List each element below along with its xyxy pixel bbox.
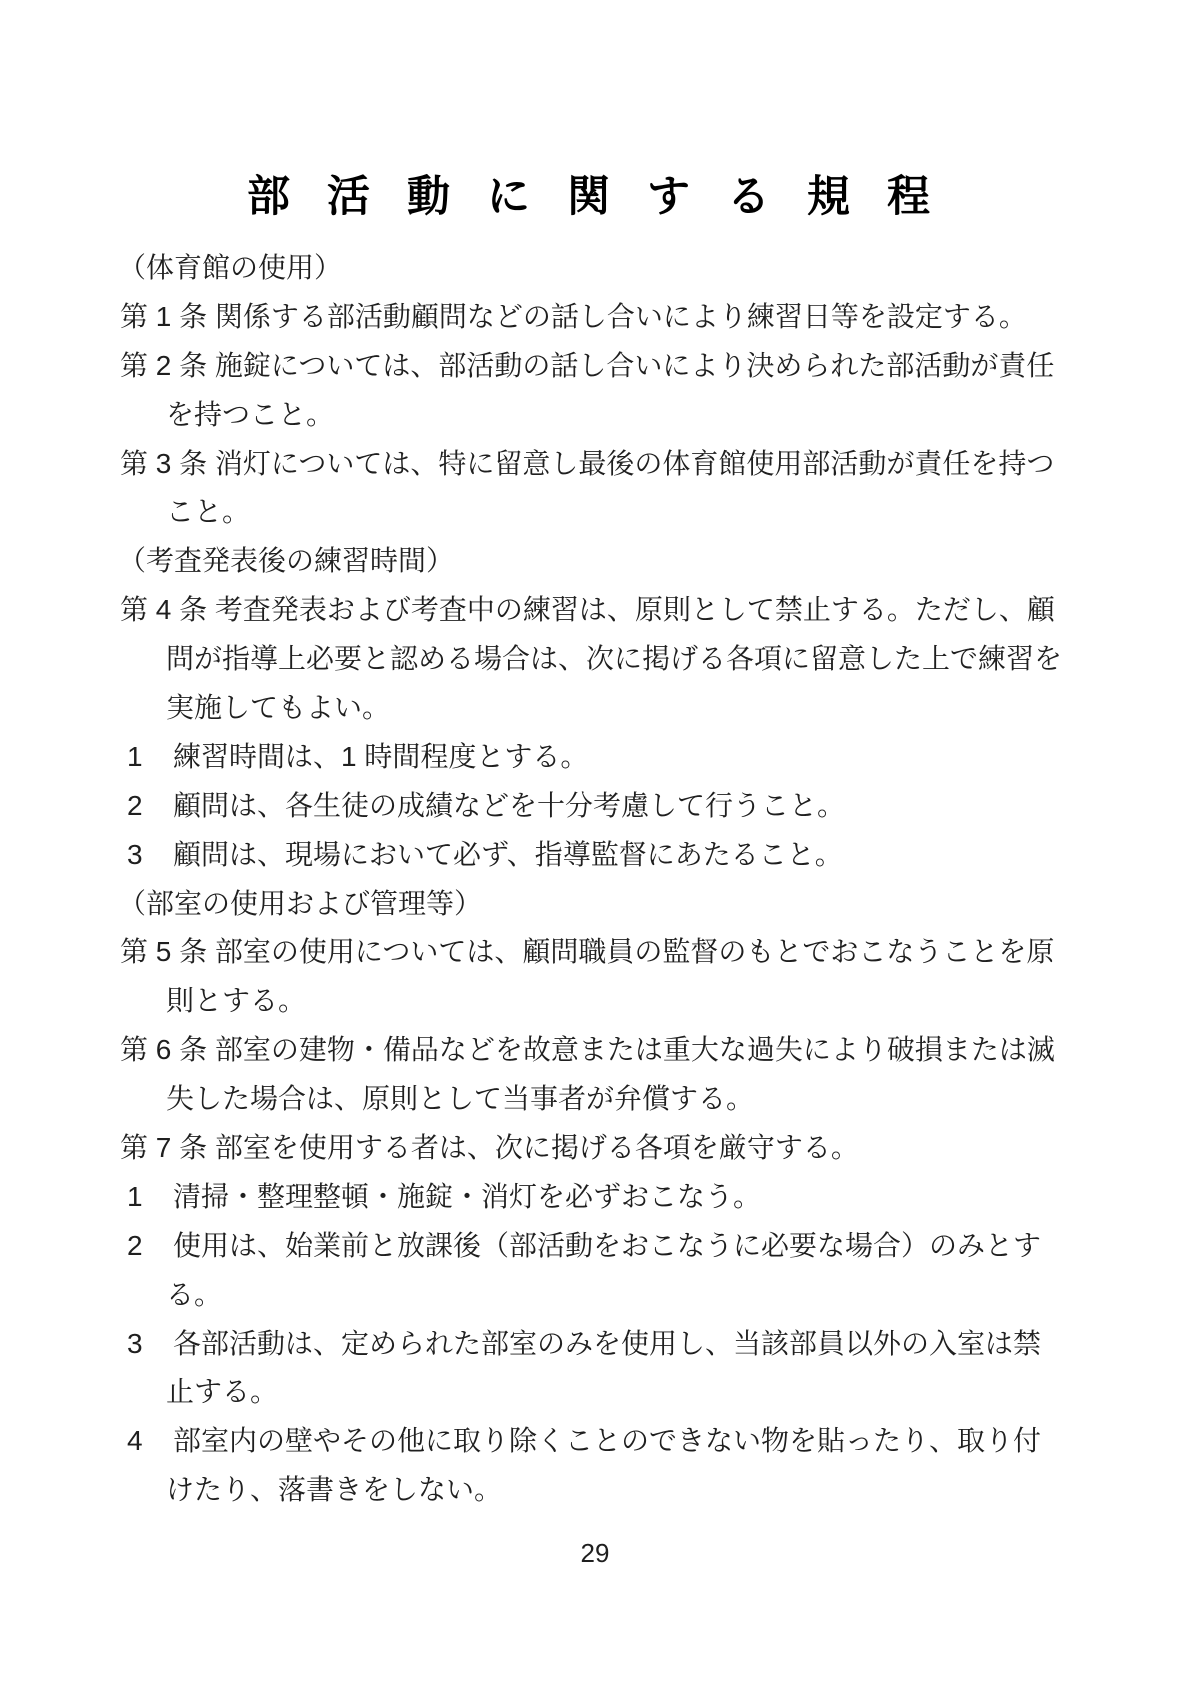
item-number: 2: [127, 782, 173, 831]
item-text: 顧問は、各生徒の成績などを十分考慮して行うこと。: [173, 790, 845, 821]
item-number: 2: [127, 1222, 173, 1271]
article-continuation: 失した場合は、原則として当事者が弁償する。: [0, 1075, 1190, 1124]
article-line: 第 4 条 考査発表および考査中の練習は、原則として禁止する。ただし、顧: [0, 586, 1190, 635]
list-item: 4部室内の壁やその他に取り除くことのできない物を貼ったり、取り付: [0, 1417, 1190, 1466]
document-body: （体育館の使用）第 1 条 関係する部活動顧問などの話し合いにより練習日等を設定…: [0, 244, 1190, 1515]
article-line: 第 7 条 部室を使用する者は、次に掲げる各項を厳守する。: [0, 1124, 1190, 1173]
list-item: 3顧問は、現場において必ず、指導監督にあたること。: [0, 831, 1190, 880]
section-heading: （考査発表後の練習時間）: [0, 537, 1190, 586]
list-item-continuation: 止する。: [0, 1368, 1190, 1417]
list-item-continuation: けたり、落書きをしない。: [0, 1466, 1190, 1515]
list-item-continuation: る。: [0, 1271, 1190, 1320]
section-heading: （部室の使用および管理等）: [0, 880, 1190, 929]
item-text: 各部活動は、定められた部室のみを使用し、当該部員以外の入室は禁: [173, 1328, 1041, 1359]
item-number: 3: [127, 1320, 173, 1369]
article-continuation: 実施してもよい。: [0, 684, 1190, 733]
article-continuation: を持つこと。: [0, 391, 1190, 440]
article-line: 第 6 条 部室の建物・備品などを故意または重大な過失により破損または滅: [0, 1026, 1190, 1075]
article-line: 第 3 条 消灯については、特に留意し最後の体育館使用部活動が責任を持つ: [0, 440, 1190, 489]
item-text: 部室内の壁やその他に取り除くことのできない物を貼ったり、取り付: [173, 1425, 1041, 1456]
item-text: 使用は、始業前と放課後（部活動をおこなうに必要な場合）のみとす: [173, 1230, 1041, 1261]
article-line: 第 1 条 関係する部活動顧問などの話し合いにより練習日等を設定する。: [0, 293, 1190, 342]
article-continuation: こと。: [0, 488, 1190, 537]
item-text: 練習時間は、1 時間程度とする。: [173, 741, 588, 772]
list-item: 3各部活動は、定められた部室のみを使用し、当該部員以外の入室は禁: [0, 1320, 1190, 1369]
item-number: 4: [127, 1417, 173, 1466]
list-item: 1清掃・整理整頓・施錠・消灯を必ずおこなう。: [0, 1173, 1190, 1222]
item-number: 3: [127, 831, 173, 880]
list-item: 2顧問は、各生徒の成績などを十分考慮して行うこと。: [0, 782, 1190, 831]
item-number: 1: [127, 733, 173, 782]
article-continuation: 則とする。: [0, 977, 1190, 1026]
article-line: 第 5 条 部室の使用については、顧問職員の監督のもとでおこなうことを原: [0, 928, 1190, 977]
item-number: 1: [127, 1173, 173, 1222]
list-item: 1練習時間は、1 時間程度とする。: [0, 733, 1190, 782]
article-continuation: 問が指導上必要と認める場合は、次に掲げる各項に留意した上で練習を: [0, 635, 1190, 684]
section-heading: （体育館の使用）: [0, 244, 1190, 293]
page-number: 29: [0, 1538, 1190, 1568]
article-line: 第 2 条 施錠については、部活動の話し合いにより決められた部活動が責任: [0, 342, 1190, 391]
item-text: 顧問は、現場において必ず、指導監督にあたること。: [173, 839, 843, 870]
page-title: 部活動に関する規程: [0, 163, 1190, 224]
list-item: 2使用は、始業前と放課後（部活動をおこなうに必要な場合）のみとす: [0, 1222, 1190, 1271]
document-page: 部活動に関する規程 （体育館の使用）第 1 条 関係する部活動顧問などの話し合い…: [0, 0, 1190, 1683]
item-text: 清掃・整理整頓・施錠・消灯を必ずおこなう。: [173, 1181, 761, 1212]
